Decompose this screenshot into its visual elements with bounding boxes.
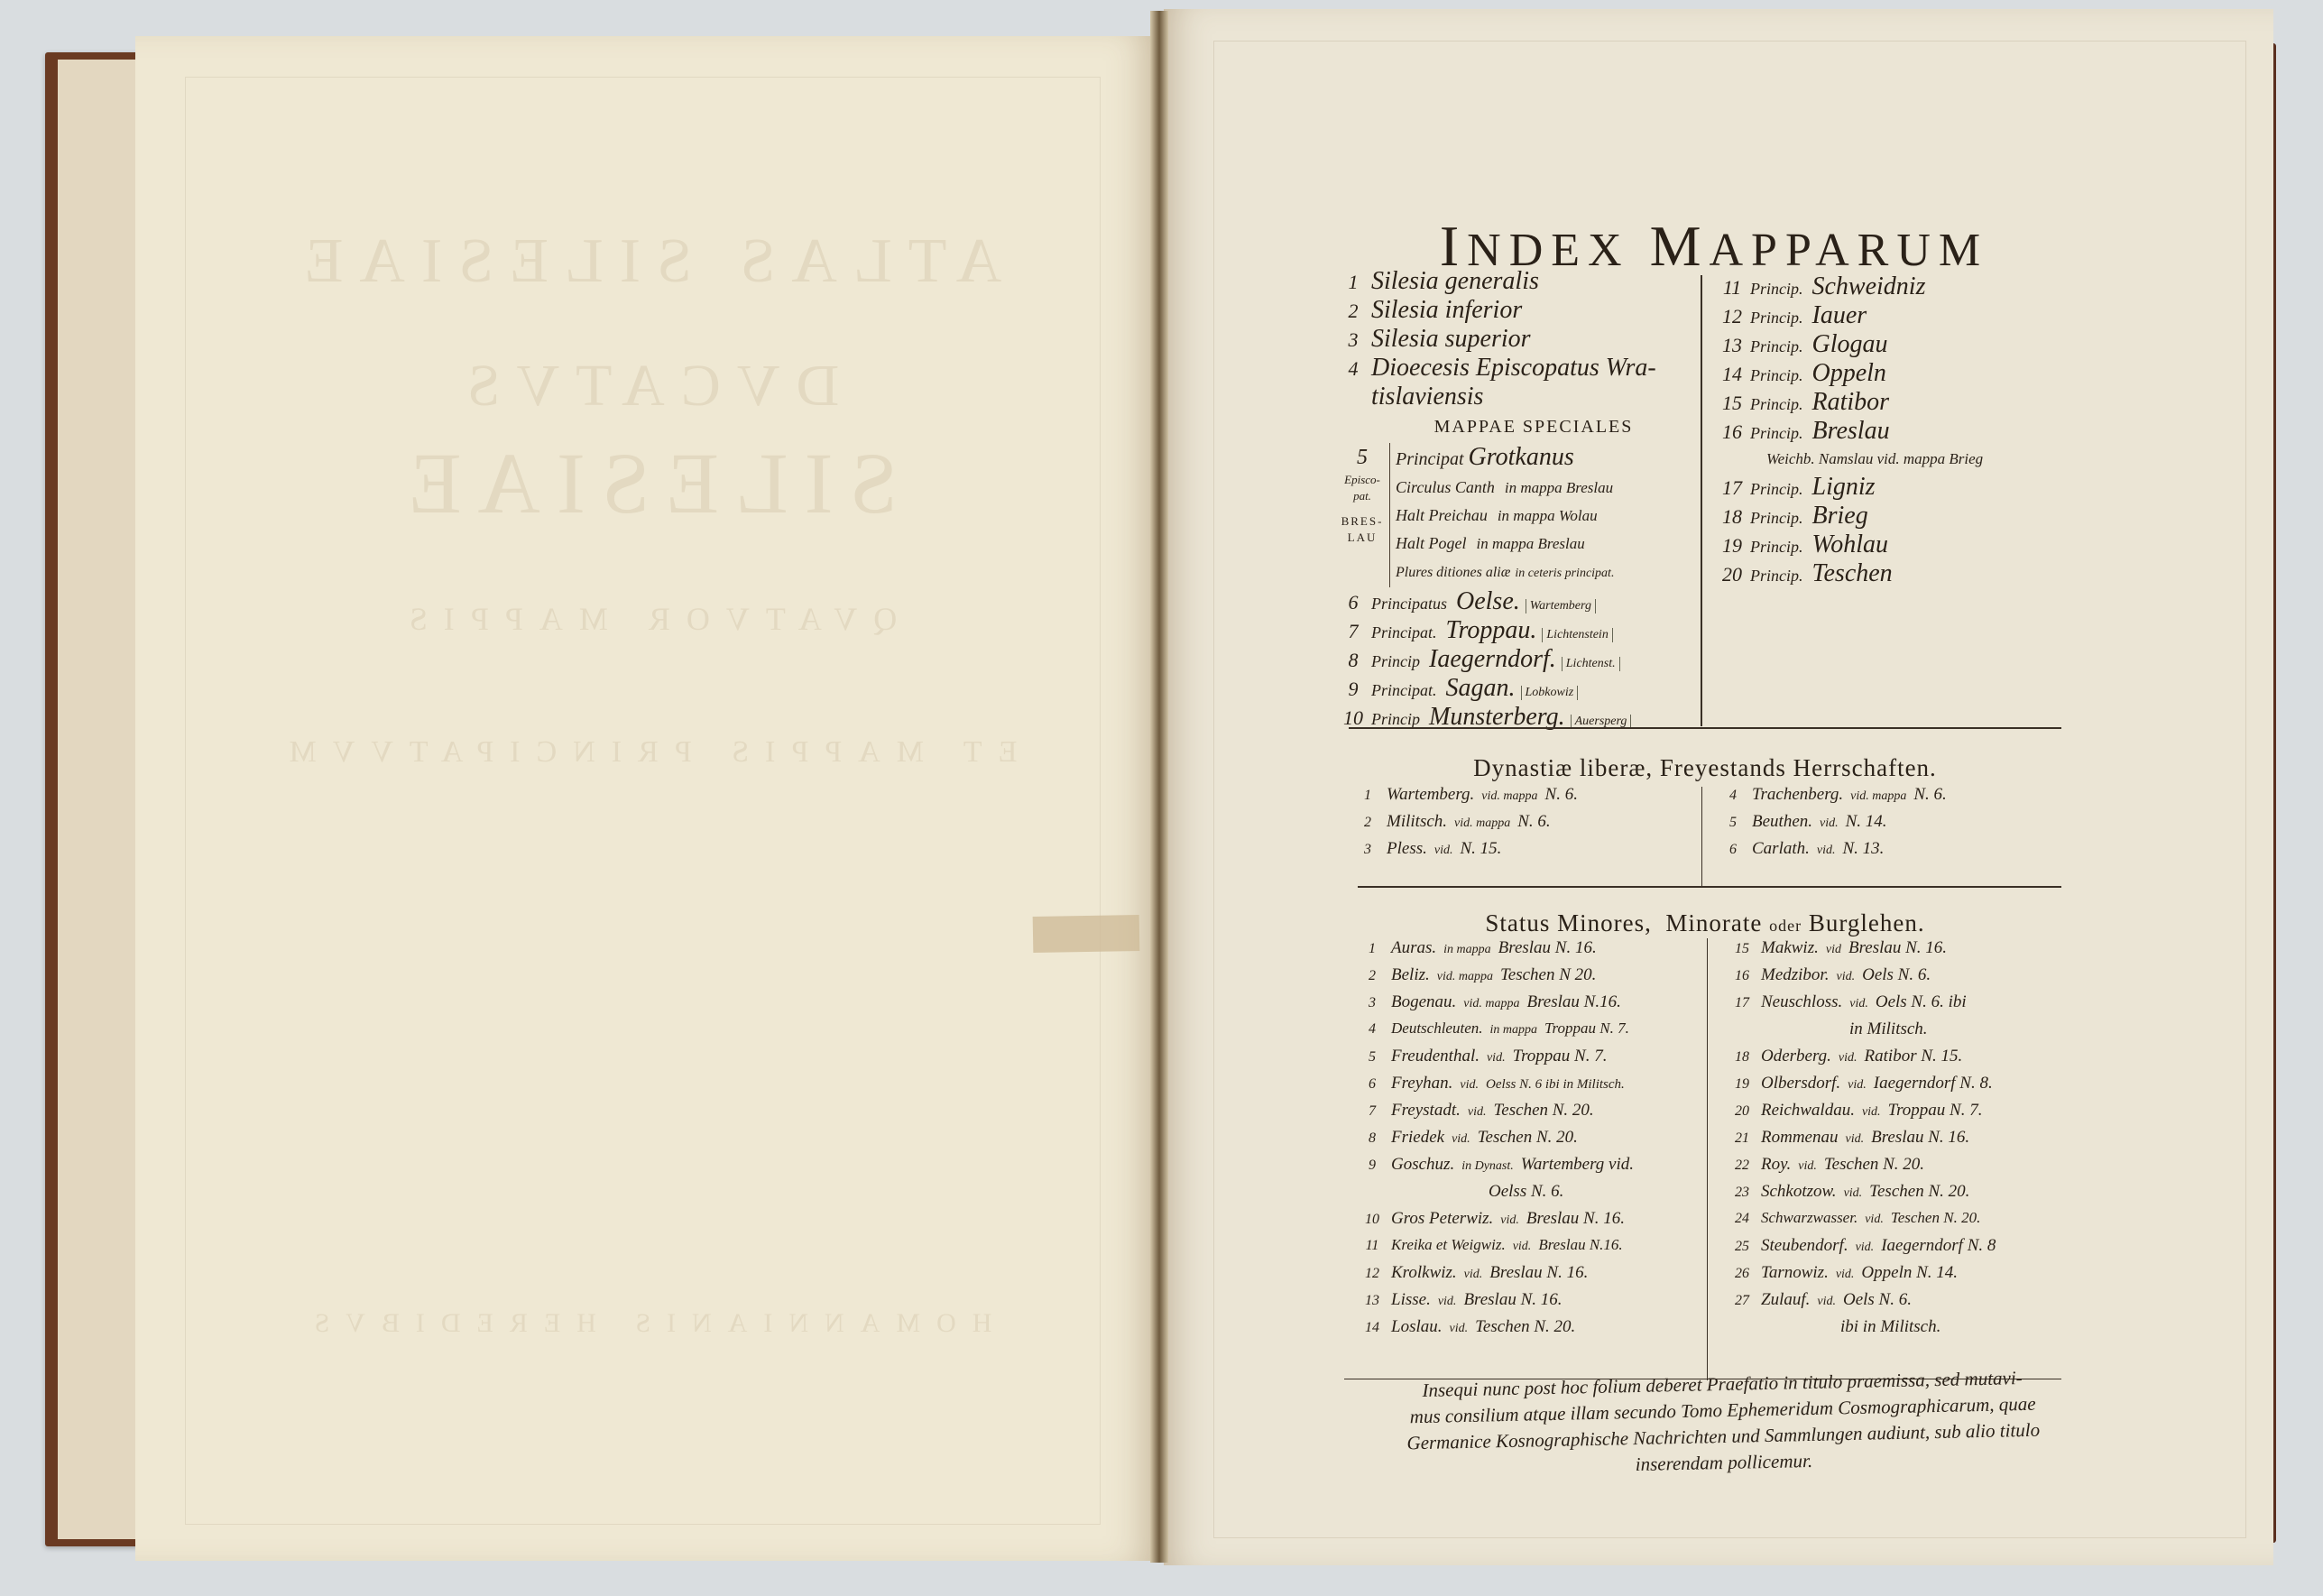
left-page: ATLAS SILESIAE DVCATVS SILESIAE QVATVOR …: [135, 36, 1155, 1561]
list-item: 9Principat.Sagan.Lobkowiz: [1335, 674, 1696, 703]
section-divider: [1349, 727, 2061, 729]
list-item: 6Freyhan.vid.Oelss N. 6 ibi in Militsch.: [1353, 1074, 1705, 1101]
list-item: 26Tarnowiz.vid.Oppeln N. 14.: [1723, 1263, 2075, 1290]
list-item: 2Silesia inferior: [1335, 296, 1696, 325]
column-divider: [1707, 938, 1708, 1380]
list-item: 11Kreika et Weigwiz.vid.Breslau N.16.: [1353, 1236, 1705, 1263]
list-item: 18Princip.Brieg: [1714, 502, 2093, 530]
list-item: 7Freystadt.vid.Teschen N. 20.: [1353, 1101, 1705, 1128]
list-item: 14Loslau.vid.Teschen N. 20.: [1353, 1317, 1705, 1344]
list-item: 4Dioecesis Episcopatus Wra-: [1335, 354, 1696, 383]
list-item: 13Lisse.vid.Breslau N. 16.: [1353, 1290, 1705, 1317]
list-item: 2Beliz.vid. mappaTeschen N 20.: [1353, 965, 1705, 992]
bleed-through-line: SILESIAE: [135, 433, 1155, 533]
list-item: 10Gros Peterwiz.vid.Breslau N. 16.: [1353, 1209, 1705, 1236]
entry-5-group: 5 Episco- pat. BRES- LAU Principat Grotk…: [1335, 443, 1696, 587]
list-item: 19Olbersdorf.vid.Iaegerndorf N. 8.: [1723, 1074, 2075, 1101]
list-item: Principat Grotkanus: [1396, 443, 1618, 474]
list-item-continuation: Oelss N. 6.: [1353, 1182, 1705, 1209]
list-item: 19Princip.Wohlau: [1714, 530, 2093, 559]
list-item: Halt Preichau in mappa Wolau: [1396, 502, 1618, 530]
footnote: Insequi nunc post hoc folium deberet Pra…: [1325, 1363, 2121, 1484]
list-item-continuation: in Militsch.: [1723, 1019, 2075, 1047]
list-item: 16Princip.Breslau: [1714, 417, 2093, 446]
list-item: 17Neuschloss.vid.Oels N. 6. ibi: [1723, 992, 2075, 1019]
list-item: 22Roy.vid.Teschen N. 20.: [1723, 1155, 2075, 1182]
dynastiae-right-list: 4Trachenberg.vid. mappaN. 6. 5Beuthen.vi…: [1714, 785, 2066, 866]
list-item: 12Krolkwiz.vid.Breslau N. 16.: [1353, 1263, 1705, 1290]
list-item: Halt Pogel in mappa Breslau: [1396, 530, 1618, 558]
list-item: 24Schwarzwasser.vid.Teschen N. 20.: [1723, 1209, 2075, 1236]
column-divider: [1701, 275, 1702, 726]
status-left-list: 1Auras.in mappaBreslau N. 16. 2Beliz.vid…: [1353, 938, 1705, 1344]
list-item: 4Trachenberg.vid. mappaN. 6.: [1714, 785, 2066, 812]
maps-special-right-list: 11Princip.Schweidniz 12Princip.Iauer 13P…: [1714, 272, 2093, 588]
list-item: 12Princip.Iauer: [1714, 301, 2093, 330]
list-item-continuation: tislaviensis: [1335, 383, 1696, 411]
list-item: 1Wartemberg.vid. mappaN. 6.: [1349, 785, 1701, 812]
bleed-through-line: HOMANNIANIS HEREDIBVS: [135, 1308, 1155, 1339]
list-item: 16Medzibor.vid.Oels N. 6.: [1723, 965, 2075, 992]
section-heading-status-minores: Status Minores, Minorate oder Burglehen.: [1349, 909, 2061, 937]
list-item: 3Bogenau.vid. mappaBreslau N.16.: [1353, 992, 1705, 1019]
list-item: 13Princip.Glogau: [1714, 330, 2093, 359]
list-item: 1Silesia generalis: [1335, 267, 1696, 296]
list-item: 20Princip.Teschen: [1714, 559, 2093, 588]
list-item: 6Carlath.vid.N. 13.: [1714, 839, 2066, 866]
list-item: 8Friedekvid.Teschen N. 20.: [1353, 1128, 1705, 1155]
column-divider: [1701, 787, 1702, 886]
list-item: 18Oderberg.vid.Ratibor N. 15.: [1723, 1047, 2075, 1074]
list-item: Circulus Canth in mappa Breslau: [1396, 474, 1618, 502]
section-divider: [1358, 886, 2061, 888]
list-item: 20Reichwaldau.vid.Troppau N. 7.: [1723, 1101, 2075, 1128]
entry-5-lines: Principat Grotkanus Circulus Canth in ma…: [1389, 443, 1618, 587]
list-item: 25Steubendorf.vid.Iaegerndorf N. 8: [1723, 1236, 2075, 1263]
weichbild-note: Weichb. Namslau vid. mappa Brieg: [1714, 446, 2093, 473]
list-item: 3Pless.vid.N. 15.: [1349, 839, 1701, 866]
list-item: Plures ditiones aliæ in ceteris principa…: [1396, 558, 1618, 587]
book-gutter: [1150, 11, 1168, 1563]
list-item: 27Zulauf.vid.Oels N. 6.: [1723, 1290, 2075, 1317]
list-item: 4Deutschleuten.in mappaTroppau N. 7.: [1353, 1019, 1705, 1047]
list-item: 3Silesia superior: [1335, 325, 1696, 354]
bleed-through-line: DVCATVS: [135, 352, 1155, 420]
section-heading-dynastiae: Dynastiæ liberæ, Freyestands Herrschafte…: [1349, 754, 2061, 782]
list-item: 11Princip.Schweidniz: [1714, 272, 2093, 301]
list-item: 15Makwiz.vidBreslau N. 16.: [1723, 938, 2075, 965]
list-item: 15Princip.Ratibor: [1714, 388, 2093, 417]
bleed-through-line: ET MAPPIS PRINCIPATVVM: [135, 735, 1155, 770]
maps-general-list: 1Silesia generalis 2Silesia inferior 3Si…: [1335, 267, 1696, 732]
repair-tape: [1033, 915, 1140, 953]
list-item: 21Rommenauvid.Breslau N. 16.: [1723, 1128, 2075, 1155]
list-item: 9Goschuz.in Dynast.Wartemberg vid.: [1353, 1155, 1705, 1182]
list-item: 23Schkotzow.vid.Teschen N. 20.: [1723, 1182, 2075, 1209]
list-item: 8PrincipIaegerndorf.Lichtenst.: [1335, 645, 1696, 674]
list-item: 2Militsch.vid. mappaN. 6.: [1349, 812, 1701, 839]
list-item: 5Freudenthal.vid.Troppau N. 7.: [1353, 1047, 1705, 1074]
list-item: 7Principat.Troppau.Lichtenstein: [1335, 616, 1696, 645]
list-item: 1Auras.in mappaBreslau N. 16.: [1353, 938, 1705, 965]
list-item: 5Beuthen.vid.N. 14.: [1714, 812, 2066, 839]
dynastiae-left-list: 1Wartemberg.vid. mappaN. 6. 2Militsch.vi…: [1349, 785, 1701, 866]
list-item: 17Princip.Ligniz: [1714, 473, 2093, 502]
section-heading-mappae-speciales: MAPPAE SPECIALES: [1371, 417, 1696, 438]
status-right-list: 15Makwiz.vidBreslau N. 16. 16Medzibor.vi…: [1723, 938, 2075, 1344]
list-item-continuation: ibi in Militsch.: [1723, 1317, 2075, 1344]
list-item: 6PrincipatusOelse.Wartemberg: [1335, 587, 1696, 616]
entry-5-side-label: 5 Episco- pat. BRES- LAU: [1335, 443, 1389, 587]
bleed-through-line: QVATVOR MAPPIS: [135, 600, 1155, 638]
list-item: 14Princip.Oppeln: [1714, 359, 2093, 388]
bleed-through-line: ATLAS SILESIAE: [135, 226, 1155, 298]
